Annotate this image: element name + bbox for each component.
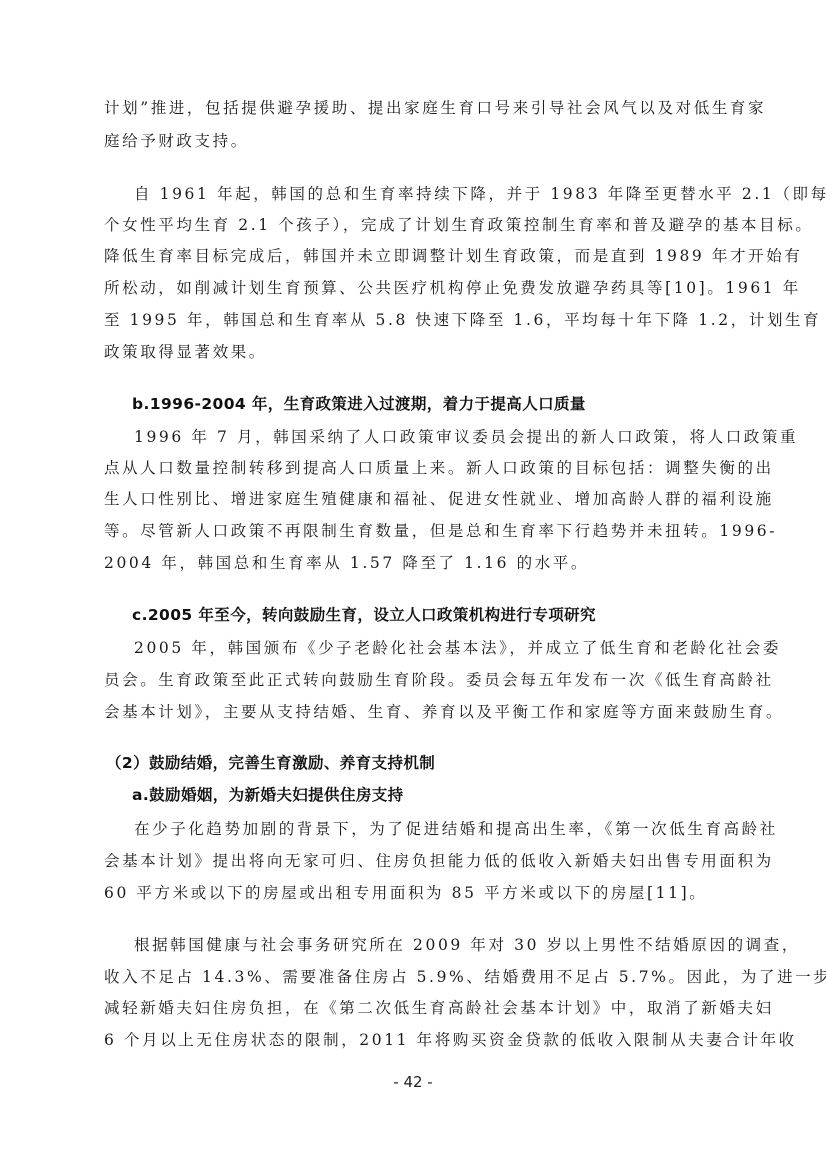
paragraph-line: 等。尽管新人口政策不再限制生育数量，但是总和生育率下行趋势并未扭转。1996-	[104, 521, 724, 541]
paragraph-line: 60 平方米或以下的房屋或出租专用面积为 85 平方米或以下的房屋[11]。	[104, 883, 724, 903]
paragraph-line: 降低生育率目标完成后，韩国并未立即调整计划生育政策，而是直到 1989 年才开始…	[104, 246, 724, 266]
document-page: 计划”推进，包括提供避孕援助、提出家庭生育口号来引导社会风气以及对低生育家 庭给…	[0, 0, 826, 1169]
section-heading-c: c.2005 年至今，转向鼓励生育，设立人口政策机构进行专项研究	[132, 605, 596, 625]
paragraph-line: 生人口性别比、增进家庭生殖健康和福祉、促进女性就业、增加高龄人群的福利设施	[104, 489, 724, 509]
paragraph-line: 根据韩国健康与社会事务研究所在 2009 年对 30 岁以上男性不结婚原因的调查…	[134, 935, 724, 955]
paragraph-line: 6 个月以上无住房状态的限制，2011 年将购买资金贷款的低收入限制从夫妻合计年…	[104, 1030, 724, 1050]
paragraph-line: 至 1995 年，韩国总和生育率从 5.8 快速下降至 1.6，平均每十年下降 …	[104, 310, 724, 330]
paragraph-line: 2005 年，韩国颁布《少子老龄化社会基本法》，并成立了低生育和老龄化社会委	[134, 638, 724, 658]
paragraph-line: 点从人口数量控制转移到提高人口质量上来。新人口政策的目标包括：调整失衡的出	[104, 458, 724, 478]
paragraph-line: 自 1961 年起，韩国的总和生育率持续下降，并于 1983 年降至更替水平 2…	[134, 184, 724, 204]
paragraph-line: 减轻新婚夫妇住房负担，在《第二次低生育高龄社会基本计划》中，取消了新婚夫妇	[104, 998, 724, 1018]
paragraph-line: 会基本计划》提出将向无家可归、住房负担能力低的低收入新婚夫妇出售专用面积为	[104, 851, 724, 871]
paragraph-line: 个女性平均生育 2.1 个孩子），完成了计划生育政策控制生育率和普及避孕的基本目…	[104, 215, 724, 235]
paragraph-line: 2004 年，韩国总和生育率从 1.57 降至了 1.16 的水平。	[104, 553, 724, 573]
section-heading-2: （2）鼓励结婚，完善生育激励、养育支持机制	[106, 753, 435, 773]
paragraph-line: 1996 年 7 月，韩国采纳了人口政策审议委员会提出的新人口政策，将人口政策重	[134, 427, 724, 447]
paragraph-line: 计划”推进，包括提供避孕援助、提出家庭生育口号来引导社会风气以及对低生育家	[104, 98, 724, 118]
paragraph-line: 庭给予财政支持。	[104, 131, 724, 151]
section-heading-b: b.1996-2004 年，生育政策进入过渡期，着力于提高人口质量	[132, 394, 586, 414]
paragraph-line: 会基本计划》，主要从支持结婚、生育、养育以及平衡工作和家庭等方面来鼓励生育。	[104, 702, 724, 722]
paragraph-line: 在少子化趋势加剧的背景下，为了促进结婚和提高出生率，《第一次低生育高龄社	[134, 819, 724, 839]
paragraph-line: 员会。生育政策至此正式转向鼓励生育阶段。委员会每五年发布一次《低生育高龄社	[104, 670, 724, 690]
paragraph-line: 所松动，如削减计划生育预算、公共医疗机构停止免费发放避孕药具等[10]。1961…	[104, 278, 724, 298]
paragraph-line: 收入不足占 14.3%、需要准备住房占 5.9%、结婚费用不足占 5.7%。因此…	[104, 967, 724, 987]
page-number: - 42 -	[0, 1073, 826, 1091]
section-heading-a: a.鼓励婚姻，为新婚夫妇提供住房支持	[132, 785, 404, 805]
paragraph-line: 政策取得显著效果。	[104, 342, 724, 362]
